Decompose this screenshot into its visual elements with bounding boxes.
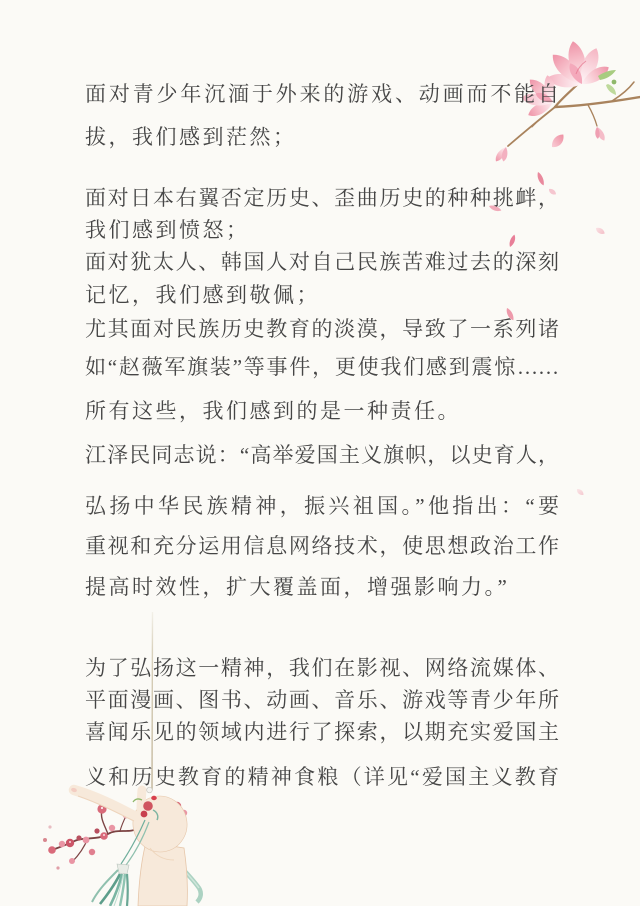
text-line: 拔，我们感到茫然； [85,126,559,149]
text-line: 重视和充分运用信息网络技术，使思想政治工作 [85,535,559,558]
text-line: 面对青少年沉湎于外来的游戏、动画而不能自 [85,83,559,106]
text-line: 尤其面对民族历史教育的淡漠，导致了一系列诸 [85,318,559,341]
text-line: 提高时效性，扩大覆盖面，增强影响力。” [85,576,559,599]
text-line: 喜闻乐见的领域内进行了探索，以期充实爱国主 [85,721,559,744]
text-line: 江泽民同志说：“高举爱国主义旗帜，以史育人， [85,444,559,467]
body-text: 面对青少年沉湎于外来的游戏、动画而不能自 拔，我们感到茫然； 面对日本右翼否定历… [0,0,640,906]
text-line: 面对日本右翼否定历史、歪曲历史的种种挑衅， [85,187,559,210]
text-line: 平面漫画、图书、动画、音乐、游戏等青少年所 [85,689,559,712]
document-page: 面对青少年沉湎于外来的游戏、动画而不能自 拔，我们感到茫然； 面对日本右翼否定历… [0,0,640,906]
text-line: 所有这些，我们感到的是一种责任。 [85,400,559,423]
text-line: 我们感到愤怒； [85,219,559,242]
text-line: 记忆，我们感到敬佩； [85,284,559,307]
text-line: 面对犹太人、韩国人对自己民族苦难过去的深刻 [85,251,559,274]
text-line: 为了弘扬这一精神，我们在影视、网络流媒体、 [85,657,559,680]
text-line: 义和历史教育的精神食粮（详见“爱国主义教育 [85,766,559,789]
text-line: 如“赵薇军旗装”等事件，更使我们感到震惊…… [85,356,559,379]
text-line: 弘扬中华民族精神，振兴祖国。”他指出：“要 [85,495,559,518]
